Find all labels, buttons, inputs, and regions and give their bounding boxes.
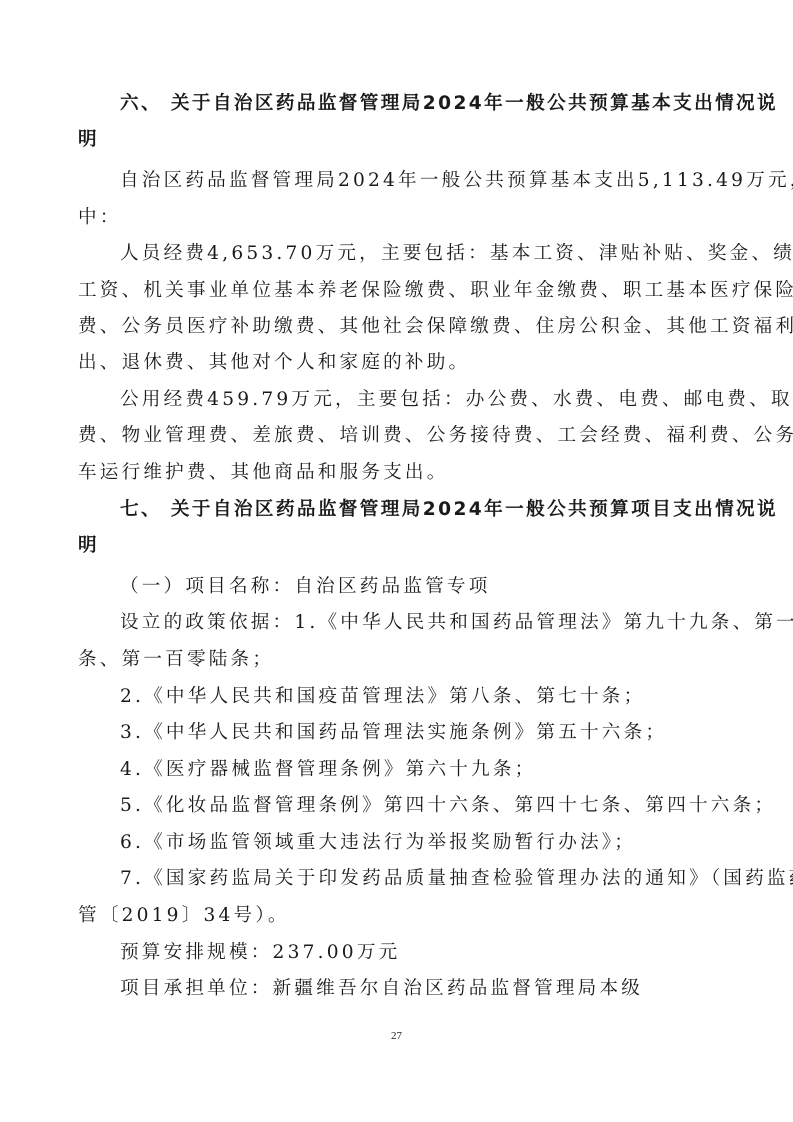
basic-expenditure-total-line-2: 中： (78, 206, 122, 230)
public-expenses-line-3: 车运行维护费、其他商品和服务支出。 (78, 461, 449, 485)
policy-basis-item-4: 4.《医疗器械监督管理条例》第六十九条； (120, 758, 536, 782)
personnel-expenses-line-1: 人员经费4,653.70万元，主要包括：基本工资、津贴补贴、奖金、绩效 (120, 242, 793, 266)
policy-basis-line-1: 设立的政策依据：1.《中华人民共和国药品管理法》第九十九条、第一百 (120, 611, 793, 635)
section-7-heading-line-1: 七、 关于自治区药品监督管理局2024年一般公共预算项目支出情况说 (120, 498, 778, 522)
policy-basis-item-6: 6.《市场监管领域重大违法行为举报奖励暂行办法》； (120, 831, 636, 855)
section-6-heading-line-2: 明 (78, 128, 99, 152)
public-expenses-line-2: 费、物业管理费、差旅费、培训费、公务接待费、工会经费、福利费、公务用 (78, 424, 793, 448)
project-name: （一）项目名称：自治区药品监管专项 (120, 575, 491, 599)
public-expenses-line-1: 公用经费459.79万元，主要包括：办公费、水费、电费、邮电费、取暖 (120, 388, 793, 412)
section-6-heading-line-1: 六、 关于自治区药品监督管理局2024年一般公共预算基本支出情况说 (120, 92, 778, 116)
policy-basis-line-2: 条、第一百零陆条； (78, 648, 274, 672)
undertaking-unit: 项目承担单位：新疆维吾尔自治区药品监督管理局本级 (120, 977, 643, 1001)
policy-basis-item-3: 3.《中华人民共和国药品管理法实施条例》第五十六条； (120, 721, 667, 745)
personnel-expenses-line-3: 费、公务员医疗补助缴费、其他社会保障缴费、住房公积金、其他工资福利支 (78, 315, 793, 339)
personnel-expenses-line-4: 出、退休费、其他对个人和家庭的补助。 (78, 351, 470, 375)
policy-basis-item-5: 5.《化妆品监督管理条例》第四十六条、第四十七条、第四十六条； (120, 794, 776, 818)
policy-basis-item-2: 2.《中华人民共和国疫苗管理法》第八条、第七十条； (120, 685, 645, 709)
page-number: 27 (0, 1030, 793, 1042)
basic-expenditure-total-line-1: 自治区药品监督管理局2024年一般公共预算基本支出5,113.49万元，其 (120, 169, 793, 193)
personnel-expenses-line-2: 工资、机关事业单位基本养老保险缴费、职业年金缴费、职工基本医疗保险缴 (78, 279, 793, 303)
policy-basis-item-7-line-2: 管〔2019〕34号）。 (78, 904, 290, 928)
policy-basis-item-7-line-1: 7.《国家药监局关于印发药品质量抽查检验管理办法的通知》（国药监药 (120, 867, 793, 891)
budget-scale: 预算安排规模：237.00万元 (120, 941, 400, 965)
section-7-heading-line-2: 明 (78, 534, 99, 558)
